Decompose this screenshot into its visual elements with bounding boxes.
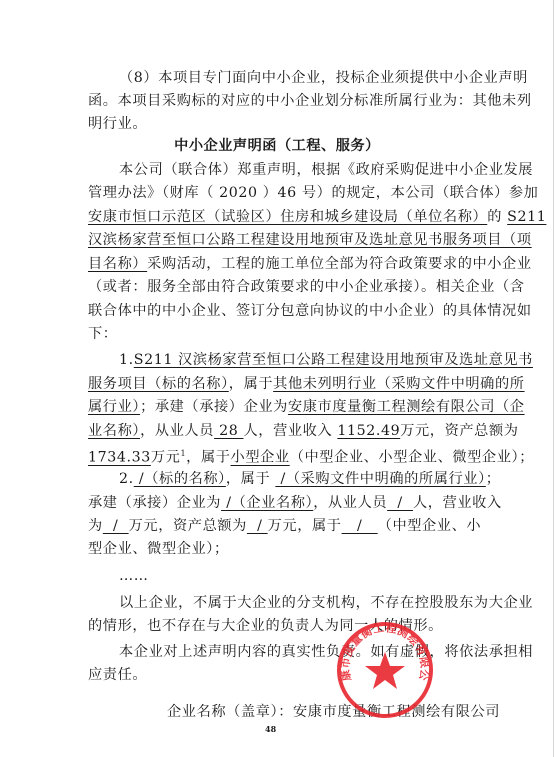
- section-title: 中小企业声明函（工程、服务）: [0, 137, 554, 155]
- signature-label: 企业名称（盖章）：: [167, 704, 293, 720]
- unit-name: 安康市恒口示范区（试验区）住房和城乡建设局（单位名称）: [88, 209, 487, 225]
- item1-line-4: 业名称），从业人员 28 人，营业收入 1152.49万元，资产总额为: [88, 422, 468, 440]
- item1-line-5: 1734.33万元1，属于小型企业（中型企业、小型企业、微型企业）；: [88, 445, 468, 467]
- page-number: 48: [265, 724, 276, 734]
- item1-company: 安康市度量衡工程测绘有限公司（企: [288, 399, 525, 415]
- declaration-line-8: 下：: [88, 325, 468, 343]
- item1-line-2: 服务项目（标的名称），属于其他未列明行业（采购文件中明确的所: [88, 375, 468, 393]
- project-name-end: 目名称）: [88, 256, 147, 272]
- intro-line-3: 明行业。: [88, 115, 468, 133]
- declaration-line-1: 本公司（联合体）郑重声明，根据《政府采购促进中小企业发展: [119, 161, 468, 179]
- item1-revenue: 1152.49: [337, 423, 400, 439]
- item1-project: S211 汉滨杨家营至恒口公路工程建设用地预审及选址意见书: [134, 352, 533, 368]
- item2-line-1: 2. /（标的名称），属于 /（采购文件中明确的所属行业）；: [119, 470, 468, 488]
- item2-line-3: 为 / 万元，资产总额为 / 万元，属于 / （中型企业、小: [88, 517, 468, 535]
- item1-staff: 28: [214, 423, 243, 439]
- intro-line-1: （8）本项目专门面向中小企业，投标企业须提供中小企业声明: [119, 69, 468, 87]
- item1-assets: 1734.33: [88, 450, 151, 466]
- item1-line-3: 属行业）；承建（承接）企业为安康市度量衡工程测绘有限公司（企: [88, 398, 468, 416]
- statement1-line-1: 以上企业，不属于大企业的分支机构，不存在控股股东为大企业: [119, 594, 468, 612]
- document-page: （8）本项目专门面向中小企业，投标企业须提供中小企业声明 函。本项目采购标的对应…: [0, 0, 554, 757]
- star-icon: [365, 652, 405, 689]
- declaration-line-6: （或者：服务全部由符合政策要求的中小企业承接）。相关企业（含: [88, 278, 468, 296]
- signature-line: 企业名称（盖章）：安康市度量衡工程测绘有限公司: [167, 703, 500, 721]
- project-name: 汉滨杨家营至恒口公路工程建设用地预审及选址意见书服务项目（项: [88, 232, 532, 248]
- ellipsis: ……: [119, 567, 468, 585]
- item1-size: 小型企业: [231, 450, 290, 466]
- declaration-line-4: 汉滨杨家营至恒口公路工程建设用地预审及选址意见书服务项目（项: [88, 231, 468, 249]
- item2-line-2: 承建（承接）企业为 /（企业名称），从业人员 / 人，营业收入: [88, 494, 468, 512]
- company-seal-stamp: 安康市度量衡工程测绘有限公司: [335, 620, 435, 720]
- declaration-line-5: 目名称）采购活动，工程的施工单位全部为符合政策要求的中小企业: [88, 255, 468, 273]
- item2-line-4: 型企业、微型企业）；: [88, 540, 468, 558]
- declaration-line-3: 安康市恒口示范区（试验区）住房和城乡建设局（单位名称）的 S211: [88, 208, 468, 226]
- item1-industry: 其他未列明行业（采购文件中明确的所: [273, 376, 524, 392]
- intro-line-2: 函。本项目采购标的对应的中小企业划分标准所属行业为：其他未列: [88, 92, 468, 110]
- declaration-line-7: 联合体中的中小企业、签订分包意向协议的中小企业）的具体情况如: [88, 302, 468, 320]
- project-name-start: S211: [507, 209, 546, 225]
- declaration-line-2: 管理办法》（财库（ 2020 ）46 号）的规定，本公司（联合体）参加: [88, 184, 468, 202]
- item1-line-1: 1.S211 汉滨杨家营至恒口公路工程建设用地预审及选址意见书: [119, 351, 468, 369]
